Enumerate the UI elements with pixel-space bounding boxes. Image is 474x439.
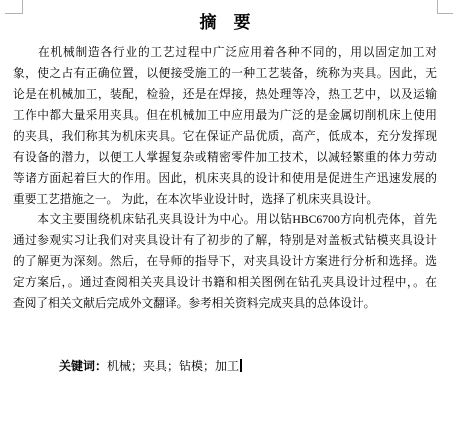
text-line[interactable]: 本文主要围绕机床钻孔夹具设计为中心。用以钻HBC6700方向机壳体，首先 [13,209,437,230]
text-line[interactable]: 查阅了相关文献后完成外文翻译。参考相关资料完成夹具的总体设计。 [13,293,437,314]
text-line[interactable]: 象，使之占有正确位置，以便接受施工的一种工艺装备，统称为夹具。因此，无 [13,63,437,84]
text-line[interactable]: 有设备的潜力，以便工人掌握复杂或精密零件加工技术，以减轻繁重的体力劳动 [13,147,437,168]
keywords-label[interactable]: 关键词： [59,359,107,373]
text-line[interactable]: 通过参观实习让我们对夹具设计有了初步的了解，特别是对盖板式钻模夹具设计 [13,230,437,251]
text-line[interactable]: 工作中都大量采用夹具。但在机械加工中应用最为广泛的是金属切削机床上使用 [13,105,437,126]
keywords-line[interactable]: 关键词：机械；夹具；钻模；加工 [13,335,437,398]
margin-crop-mark-top-right [437,0,453,14]
text-line[interactable]: 重要工艺措施之一。 为此，在本次毕业设计时，选择了机床夹具设计。 [13,189,437,210]
text-line[interactable]: 的了解更为深刻。然后，在导师的指导下，对夹具设计方案进行分析和选择。选 [13,251,437,272]
abstract-title[interactable]: 摘 要 [13,11,437,35]
keywords-value[interactable]: 机械；夹具；钻模；加工 [107,359,239,373]
text-line[interactable]: 等诸方面起着巨大的作用。因此，机床夹具的设计和使用是促进生产迅速发展的 [13,168,437,189]
text-line[interactable]: 的夹具，我们称其为机床夹具。它在保证产品优质，高产，低成本，充分发挥现 [13,126,437,147]
page: { "document": { "title": "摘 要", "paragra… [0,0,474,439]
text-cursor [240,359,242,372]
text-line[interactable]: 定方案后，。通过查阅相关夹具设计书籍和相关图例在钻孔夹具设计过程中，。在 [13,272,437,293]
abstract-paragraph-1[interactable]: 在机械制造各行业的工艺过程中广泛应用着各种不同的，用以固定加工对象，使之占有正确… [13,42,437,210]
text-line[interactable]: 在机械制造各行业的工艺过程中广泛应用着各种不同的，用以固定加工对 [13,42,437,63]
abstract-paragraph-2[interactable]: 本文主要围绕机床钻孔夹具设计为中心。用以钻HBC6700方向机壳体，首先通过参观… [13,209,437,314]
text-line[interactable]: 论是在机械加工，装配，检验，还是在焊接，热处理等冷，热工艺中，以及运输 [13,84,437,105]
